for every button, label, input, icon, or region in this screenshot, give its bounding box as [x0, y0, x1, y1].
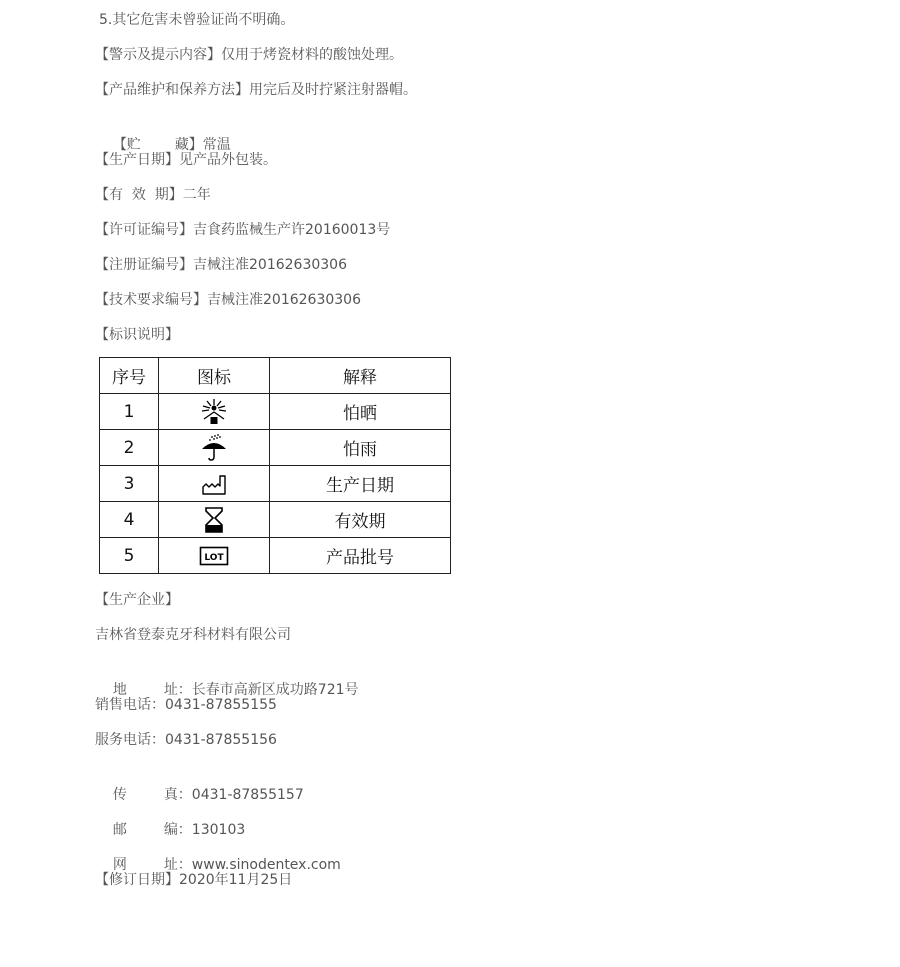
svg-text:LOT: LOT [204, 553, 224, 563]
row-number: 4 [100, 502, 159, 538]
manufacturer-name: 吉林省登泰克牙科材料有限公司 [95, 625, 291, 645]
row-number: 2 [100, 430, 159, 466]
table-header-row: 序号 图标 解释 [100, 358, 451, 394]
hazard-note: 5.其它危害未曾验证尚不明确。 [99, 10, 294, 30]
symbol-heading: 【标识说明】 [95, 325, 179, 345]
symbol-legend-table: 序号 图标 解释 1 [99, 357, 451, 574]
table-row: 3 生产日期 [100, 466, 451, 502]
validity-line: 【有 效 期】二年 [95, 185, 211, 205]
header-number: 序号 [100, 358, 159, 394]
row-meaning: 产品批号 [270, 538, 451, 574]
row-number: 3 [100, 466, 159, 502]
production-date-line: 【生产日期】见产品外包装。 [95, 150, 277, 170]
tech-requirement-line: 【技术要求编号】吉械注准20162630306 [95, 290, 361, 310]
row-number: 5 [100, 538, 159, 574]
revision-date-line: 【修订日期】2020年11月25日 [95, 870, 292, 890]
table-row: 4 有效期 [100, 502, 451, 538]
row-meaning: 生产日期 [270, 466, 451, 502]
keep-dry-umbrella-icon [199, 433, 229, 463]
row-meaning: 怕雨 [270, 430, 451, 466]
registration-line: 【注册证编号】吉械注准20162630306 [95, 255, 347, 275]
manufacturer-heading: 【生产企业】 [95, 590, 179, 610]
service-phone-line: 服务电话：0431-87855156 [95, 730, 277, 750]
table-row: 1 怕晒 [100, 394, 451, 430]
row-number: 1 [100, 394, 159, 430]
date-of-manufacture-factory-icon [200, 471, 228, 497]
maintenance-line: 【产品维护和保养方法】用完后及时拧紧注射器帽。 [95, 80, 417, 100]
table-row: 5 LOT 产品批号 [100, 538, 451, 574]
use-by-date-hourglass-icon [202, 505, 226, 535]
lot-number-icon: LOT [199, 546, 229, 566]
keep-away-from-sunlight-icon [199, 397, 229, 427]
header-meaning: 解释 [270, 358, 451, 394]
warning-line: 【警示及提示内容】仅用于烤瓷材料的酸蚀处理。 [95, 45, 403, 65]
row-meaning: 怕晒 [270, 394, 451, 430]
table-row: 2 怕雨 [100, 430, 451, 466]
header-icon: 图标 [159, 358, 270, 394]
sales-phone-line: 销售电话：0431-87855155 [95, 695, 277, 715]
license-line: 【许可证编号】吉食药监械生产许20160013号 [95, 220, 390, 240]
row-meaning: 有效期 [270, 502, 451, 538]
